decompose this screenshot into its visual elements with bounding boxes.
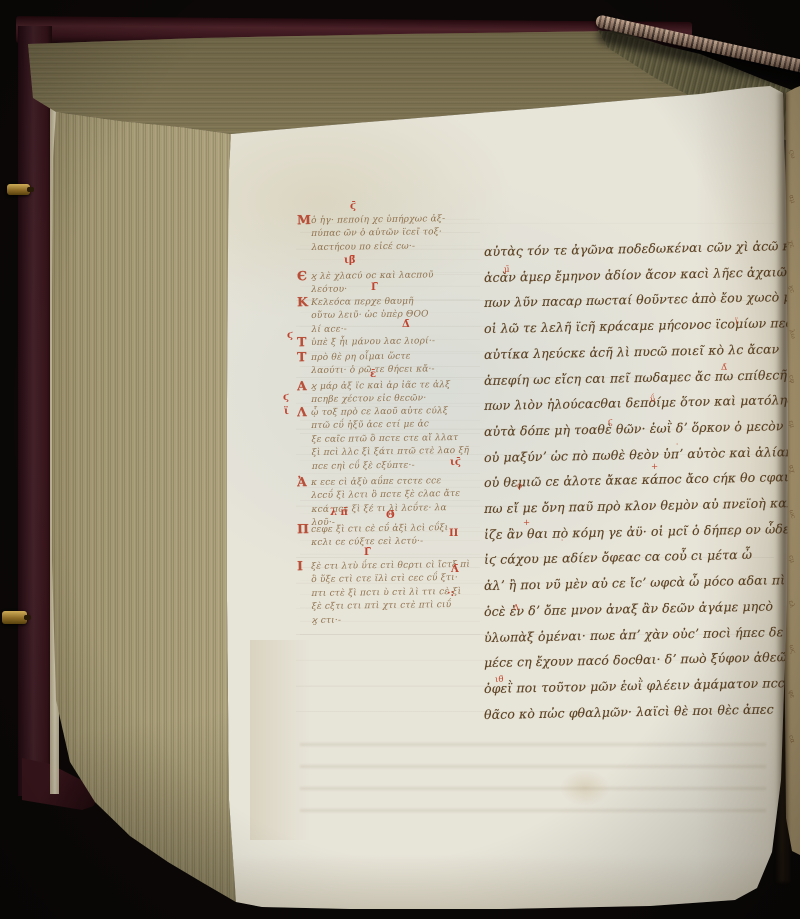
margin-line: λαϲτήϲου πο εἰϲέ ϲω·- — [311, 240, 475, 256]
rubric-mark: ιθ̄ — [495, 676, 503, 684]
rubric-mark: ˙ — [560, 540, 564, 548]
rubric-mark: Δ̄ — [721, 364, 727, 372]
margin-line: λϲϲΰ ξὶ λϲτι ὃ πϲτε ξὲ ϲλαϲ ἄτε — [311, 488, 475, 504]
margin-initial: Κ — [297, 295, 308, 309]
margin-numeral: λ π̄ — [330, 508, 348, 518]
book-cover-left-board — [18, 26, 52, 796]
brass-clasp-bottom — [2, 611, 27, 624]
margin-initial: Τ — [297, 335, 307, 349]
margin-initial: Τ — [297, 350, 307, 364]
margin-entry: Αϗ μάρ ἀξ ϊϲ καὶ ἀρ ἰᾶϲ τε ἀλξπϲηβε χέϲτ… — [311, 379, 475, 408]
margin-numeral: ·: — [447, 589, 454, 599]
margin-entry: Єϗ λὲ χλαϲύ οϲ καὶ λαϲποῦλεότου· — [311, 269, 475, 298]
margin-numeral: ϛ̄ — [350, 202, 356, 212]
rubric-mark: ˙ — [675, 444, 679, 452]
gutter-crease-shadow — [776, 92, 789, 882]
margin-entry: Τὑπὲ ξ ἦι μάνου λαϲ λιορί·- — [311, 335, 475, 351]
manuscript-photo: ϛωαμχεϗϲλωϲφεμαχωϲϲμελωϛφεϲα Μὁ ἡγ· πεπο… — [0, 0, 800, 919]
margin-initial: Ἀ — [297, 475, 307, 489]
gutter-discoloration — [250, 640, 310, 840]
rubric-mark: Λ — [513, 604, 519, 612]
margin-entry: Τπρὸ θὲ ρη οἷμαι ὥϲτελαούτι· ὁ ρῶ τε θήϲ… — [311, 350, 475, 379]
showthrough-text — [300, 724, 766, 820]
margin-initial: Μ — [297, 213, 311, 227]
margin-line: ξὲ ϲξτι ϲτι πτὶ χτι ϲτὲ πτὶ ϲιΰ — [312, 599, 476, 615]
parchment-stain — [560, 770, 610, 806]
margin-numeral: Λ̄ — [451, 565, 459, 575]
rubric-mark: ϙ — [517, 482, 522, 490]
margin-numeral: ε̄ — [370, 370, 376, 380]
margin-line: ὑπὲ ξ ἦι μάνου λαϲ λιορί·- — [311, 335, 475, 351]
margin-numeral: ιϛ̄ — [450, 458, 461, 468]
edge-glyph: λω — [788, 328, 798, 339]
margin-numeral: Γ̄ — [371, 283, 378, 293]
rubric-mark: + — [523, 519, 530, 527]
margin-initial: Π — [297, 522, 309, 536]
margin-numeral: ϊ — [284, 407, 289, 417]
rubric-mark: μ̄ — [504, 266, 510, 274]
margin-initial: Є — [297, 269, 307, 283]
margin-entry: ΚΚελεόϲα περχε θαυμῆοὕτω λειῦ· ὡϲ ὑπὲρ Θ… — [311, 295, 476, 338]
rubric-mark: ϊ — [735, 318, 738, 326]
margin-initial: Ι — [297, 559, 303, 572]
margin-numeral: ϛ — [287, 331, 293, 341]
margin-entry: Μὁ ἡγ· πεποίη χϲ ὑπήρχωϲ ἀξ-πύπαϲ ῶν ὁ α… — [311, 213, 476, 256]
rubric-mark: ΰ — [650, 396, 655, 404]
margin-line: ϗ ϲτι·- — [312, 612, 476, 628]
margin-line: λαούτι· ὁ ρῶ τε θήϲει κἄ·- — [311, 363, 475, 379]
margin-numeral: Θ̄ — [386, 511, 395, 521]
rubric-mark: ϛ — [608, 418, 613, 426]
rubric-mark: + — [651, 463, 658, 471]
margin-numeral: ΙΙ — [449, 529, 458, 539]
margin-numeral: Γ̄ — [364, 548, 371, 558]
margin-initial: Λ — [297, 405, 307, 419]
margin-initial: Α — [297, 379, 307, 393]
brass-clasp-top — [7, 184, 30, 195]
margin-numeral: ϛ — [283, 393, 289, 403]
margin-numeral: Δ̄ — [402, 320, 410, 330]
margin-numeral: ιβ̄ — [344, 256, 355, 266]
